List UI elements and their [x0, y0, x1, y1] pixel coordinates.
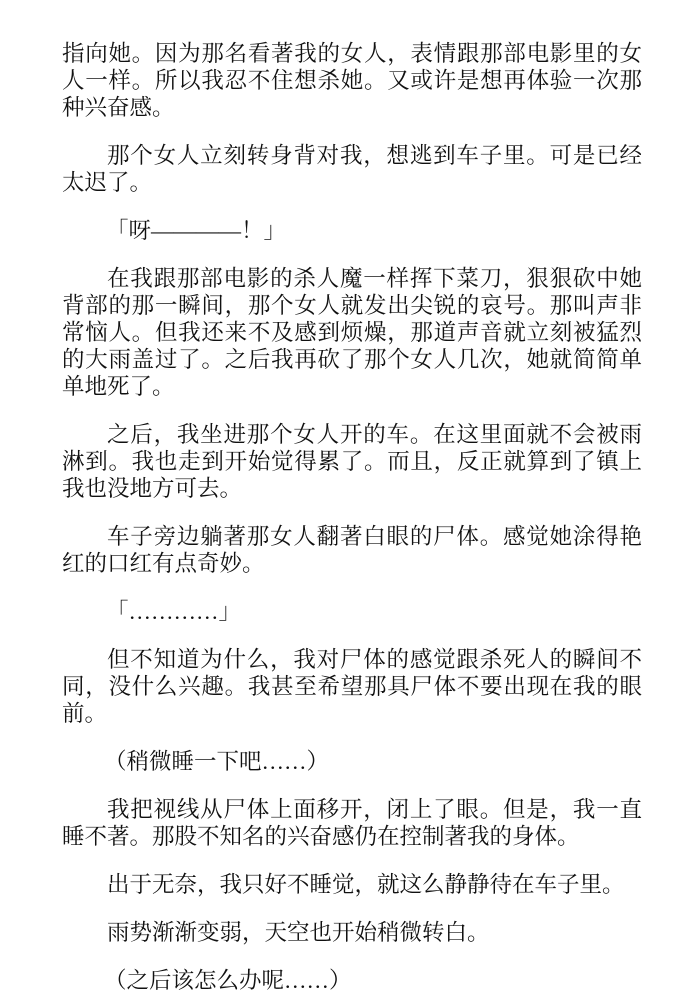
- paragraph-body: 但不知道为什么，我对尸体的感觉跟杀死人的瞬间不同，没什么兴趣。我甚至希望那具尸体…: [62, 646, 642, 727]
- dialogue-line: 「呀————！」: [62, 217, 642, 244]
- paragraph-body: 之后，我坐进那个女人开的车。在这里面就不会被雨淋到。我也走到开始觉得累了。而且，…: [62, 421, 642, 502]
- paragraph-gap: [62, 400, 642, 421]
- paragraph-gap: [62, 625, 642, 646]
- paragraph-gap: [62, 898, 642, 919]
- paragraph-gap: [62, 577, 642, 598]
- paragraph-body: 车子旁边躺著那女人翻著白眼的尸体。感觉她涂得艳红的口红有点奇妙。: [62, 523, 642, 577]
- paragraph-body: 出于无奈，我只好不睡觉，就这么静静待在车子里。: [62, 871, 642, 898]
- paragraph-gap: [62, 244, 642, 265]
- paragraph-body: 我把视线从尸体上面移开，闭上了眼。但是，我一直睡不著。那股不知名的兴奋感仍在控制…: [62, 796, 642, 850]
- inner-thought-line: （稍微睡一下吧……）: [62, 748, 642, 775]
- inner-thought-line: （之后该怎么办呢……）: [62, 967, 642, 992]
- paragraph-body: 那个女人立刻转身背对我，想逃到车子里。可是已经太迟了。: [62, 142, 642, 196]
- paragraph-gap: [62, 121, 642, 142]
- paragraph-continuation: 指向她。因为那名看著我的女人，表情跟那部电影里的女人一样。所以我忍不住想杀她。又…: [62, 40, 642, 121]
- paragraph-body: 雨势渐渐变弱，天空也开始稍微转白。: [62, 919, 642, 946]
- paragraph-gap: [62, 775, 642, 796]
- dialogue-line: 「…………」: [62, 598, 642, 625]
- paragraph-gap: [62, 850, 642, 871]
- paragraph-gap: [62, 196, 642, 217]
- paragraph-gap: [62, 727, 642, 748]
- paragraph-gap: [62, 502, 642, 523]
- paragraph-body: 在我跟那部电影的杀人魔一样挥下菜刀，狠狠砍中她背部的那一瞬间，那个女人就发出尖锐…: [62, 265, 642, 400]
- paragraph-gap: [62, 946, 642, 967]
- document-page: 指向她。因为那名看著我的女人，表情跟那部电影里的女人一样。所以我忍不住想杀她。又…: [62, 40, 642, 992]
